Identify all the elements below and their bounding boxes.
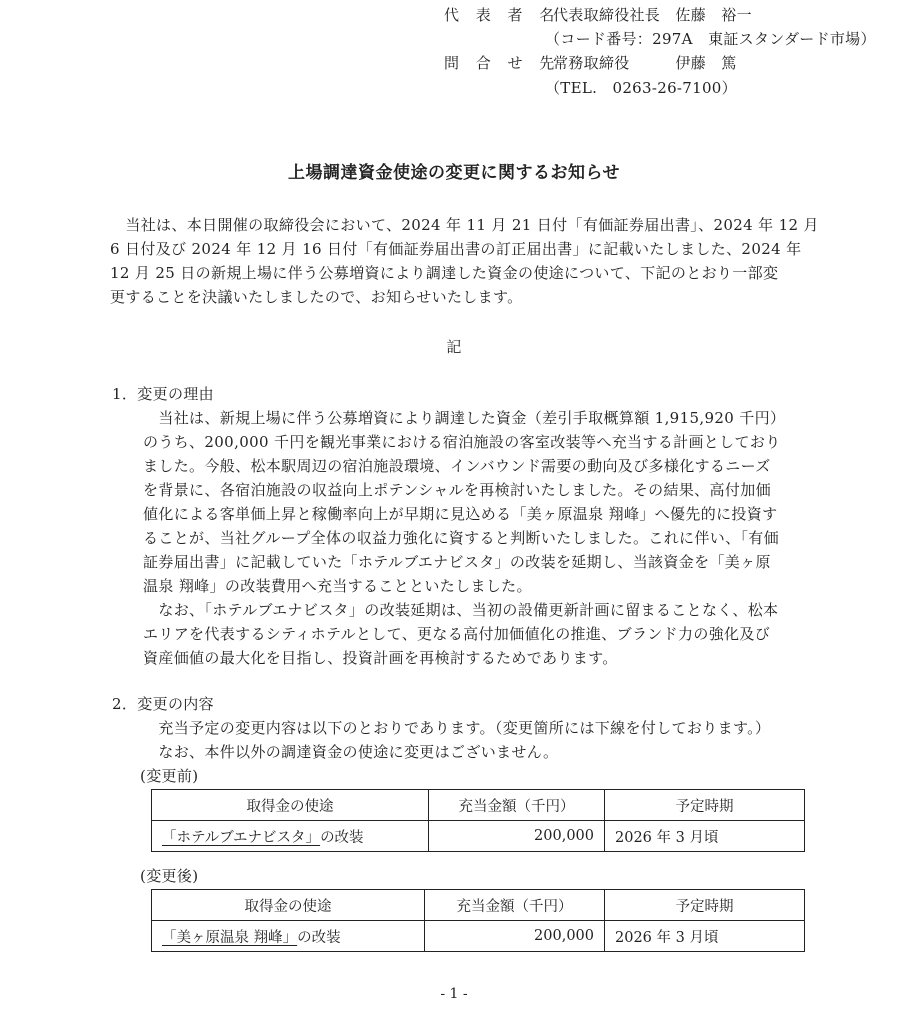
intro-line: 6 日付及び 2024 年 12 月 16 日付「有価証券届出書の訂正届出書」に… (110, 237, 801, 261)
section1-line: 温泉 翔峰」の改装費用へ充当することといたしました。 (143, 574, 532, 598)
header-timing: 予定時期 (605, 790, 805, 821)
header-use: 取得金の使途 (152, 790, 429, 821)
table-row: 「ホテルブエナビスタ」の改装 200,000 2026 年 3 月頃 (152, 821, 805, 852)
header-amount: 充当金額（千円） (425, 890, 605, 921)
before-change-table: 取得金の使途 充当金額（千円） 予定時期 「ホテルブエナビスタ」の改装 200,… (151, 789, 805, 852)
section1-line: ました。今般、松本駅周辺の宿泊施設環境、インバウンド需要の動向及び多様化するニー… (143, 454, 771, 478)
page-number: - 1 - (0, 986, 908, 1002)
header-timing: 予定時期 (605, 890, 805, 921)
section2-heading: 2．変更の内容 (112, 692, 214, 716)
underlined-hotel-name: 「美ヶ原温泉 翔峰」 (162, 930, 297, 946)
representative-label: 代 表 者 名 (444, 3, 560, 27)
tel-line: （TEL. 0263-26-7100） (545, 76, 737, 100)
table-header-row: 取得金の使途 充当金額（千円） 予定時期 (152, 890, 805, 921)
cell-timing: 2026 年 3 月頃 (605, 821, 805, 852)
before-change-caption: (変更前) (140, 764, 198, 788)
contact-label: 問 合 せ 先 (444, 51, 560, 75)
page-title: 上場調達資金使途の変更に関するお知らせ (0, 158, 908, 183)
header-amount: 充当金額（千円） (429, 790, 605, 821)
section1-line: ることが、当社グループ全体の収益力強化に資すると判断いたしました。これに伴い、「… (143, 526, 779, 550)
section1-line: なお、「ホテルブエナビスタ」の改装延期は、当初の設備更新計画に留まることなく、松… (143, 598, 778, 622)
use-suffix: の改装 (320, 830, 364, 846)
section1-line: 当社は、新規上場に伴う公募増資により調達した資金（差引手取概算額 1,915,9… (143, 406, 785, 430)
section1-line: 資産価値の最大化を目指し、投資計画を再検討するためであります。 (143, 646, 618, 670)
section2-line: なお、本件以外の調達資金の使途に変更はございません。 (143, 740, 558, 764)
ki-marker: 記 (0, 335, 908, 359)
section1-line: 値化による客単価上昇と稼働率向上が早期に見込める「美ヶ原温泉 翔峰」へ優先的に投… (143, 502, 777, 526)
cell-use: 「美ヶ原温泉 翔峰」の改装 (152, 921, 425, 952)
cell-amount: 200,000 (429, 821, 605, 852)
section1-line: を背景に、各宿泊施設の収益向上ポテンシャルを再検討いたしました。その結果、高付加… (143, 478, 771, 502)
header-use: 取得金の使途 (152, 890, 425, 921)
cell-use: 「ホテルブエナビスタ」の改装 (152, 821, 429, 852)
table-row: 「美ヶ原温泉 翔峰」の改装 200,000 2026 年 3 月頃 (152, 921, 805, 952)
stock-code-line: （コード番号：297A 東証スタンダード市場） (545, 27, 876, 51)
after-change-caption: (変更後) (140, 864, 198, 888)
intro-line: 当社は、本日開催の取締役会において、2024 年 11 月 21 日付「有価証券… (110, 213, 819, 237)
section1-line: エリアを代表するシティホテルとして、更なる高付加価値化の推進、ブランド力の強化及… (143, 622, 770, 646)
section1-line: のうち、200,000 千円を観光事業における宿泊施設の客室改装等へ充当する計画… (143, 430, 781, 454)
after-change-table: 取得金の使途 充当金額（千円） 予定時期 「美ヶ原温泉 翔峰」の改装 200,0… (151, 889, 805, 952)
table-header-row: 取得金の使途 充当金額（千円） 予定時期 (152, 790, 805, 821)
representative-value: 代表取締役社長 佐藤 裕一 (553, 3, 752, 27)
section2-line: 充当予定の変更内容は以下のとおりであります。（変更箇所には下線を付しております。… (143, 716, 770, 740)
section1-line: 証券届出書」に記載していた「ホテルブエナビスタ」の改装を延期し、当該資金を「美ヶ… (143, 550, 771, 574)
intro-line: 更することを決議いたしましたので、お知らせいたします。 (110, 285, 523, 309)
cell-amount: 200,000 (425, 921, 605, 952)
cell-timing: 2026 年 3 月頃 (605, 921, 805, 952)
intro-line: 12 月 25 日の新規上場に伴う公募増資により調達した資金の使途について、下記… (110, 261, 778, 285)
underlined-hotel-name: 「ホテルブエナビスタ」 (162, 830, 320, 846)
section1-heading: 1．変更の理由 (112, 382, 214, 406)
use-suffix: の改装 (297, 930, 341, 946)
contact-value: 常務取締役 伊藤 篤 (553, 51, 737, 75)
